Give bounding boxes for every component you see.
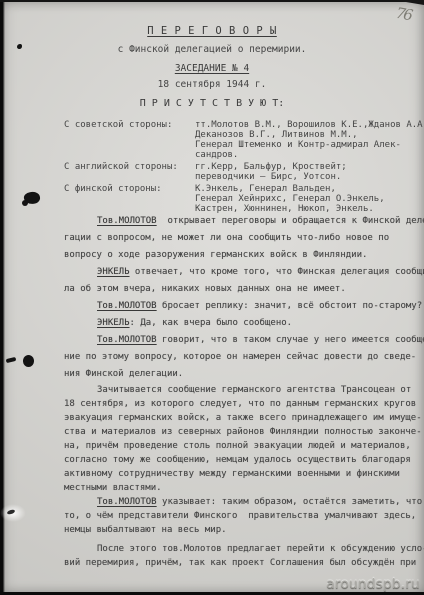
paragraph: Тов.МОЛОТОВ бросает реплику: значит, всё… [64, 298, 418, 315]
text-line: Тов.МОЛОТОВ говорит, что в таком случае … [64, 332, 418, 349]
scan-edge-top [0, 0, 424, 2]
speaker-name: ЭНКЕЛЬ [97, 267, 130, 277]
line-text: ния Финской делегации. [64, 369, 183, 379]
attendee-name-line: переводчики – Бирс, Уотсон. [195, 172, 424, 182]
line-text: местными властями. [64, 483, 162, 493]
paragraph: Зачитывается сообщение германского агент… [64, 383, 418, 495]
text-line: Зачитывается сообщение германского агент… [64, 383, 418, 397]
document-subtitle: с Финской делегацией о перемирии. [0, 44, 424, 55]
ink-dash [6, 357, 17, 363]
document-page: 76 П Е Р Е Г О В О Р Ы с Финской делегац… [0, 0, 424, 595]
paragraph: После этого тов.Молотов предлагает перей… [64, 542, 418, 570]
speaker-name: Тов.МОЛОТОВ [97, 497, 157, 507]
attendee-names: К.Энкель, Генерал Вальден,Генерал Хейнри… [195, 184, 424, 214]
speaker-name: ЭНКЕЛЬ [97, 318, 130, 328]
line-text: После этого тов.Молотов предлагает перей… [97, 544, 424, 554]
text-line: местными властями. [64, 481, 418, 495]
text-line: вий перемирия, причём, так как проект Со… [64, 556, 418, 570]
paragraph: Тов.МОЛОТОВ открывает переговоры и обращ… [64, 213, 418, 264]
attendee-name-line: тт.Молотов В.М., Ворошилов К.Е.,Жданов А… [195, 120, 424, 130]
line-text: : Да, как вчера было сообщено. [130, 318, 293, 328]
line-text: открывает переговоры и обращается к Финс… [157, 216, 424, 226]
speaker-name: Тов.МОЛОТОВ [97, 335, 157, 345]
present-heading: П Р И С У Т С Т В У Ю Т: [0, 98, 424, 109]
text-line: активному сотрудничеству между германски… [64, 467, 418, 481]
attendee-names: гг.Керр, Бальфур, Кроствейт;переводчики … [195, 162, 424, 182]
attendee-names: тт.Молотов В.М., Ворошилов К.Е.,Жданов А… [195, 120, 424, 160]
document-title: П Е Р Е Г О В О Р Ы [0, 25, 424, 37]
line-text: 18 сентября, из которого следует, что по… [64, 399, 416, 409]
text-line: ЭНКЕЛЬ отвечает, что кроме того, что Фин… [64, 264, 418, 281]
text-line: Тов.МОЛОТОВ бросает реплику: значит, всё… [64, 298, 418, 315]
session-heading: ЗАСЕДАНИЕ № 4 [0, 63, 424, 74]
attendee-name-line: Деканозов В.Г., Литвинов М.М., [195, 130, 424, 140]
paragraph: ЭНКЕЛЬ: Да, как вчера было сообщено. [64, 315, 418, 332]
attendee-name-line: Генерал Штеменко и Контр-адмирал Алек- [195, 140, 424, 150]
attendees-list: С советской стороны:тт.Молотов В.М., Вор… [64, 120, 424, 216]
paragraph: Тов.МОЛОТОВ указывает: таким образом, ос… [64, 495, 418, 537]
line-text: активному сотрудничеству между германски… [64, 469, 400, 479]
ink-blot-tail [22, 200, 28, 206]
handwritten-page-number: 76 [394, 4, 412, 24]
watermark: aroundspb.ru [326, 576, 420, 592]
attendee-side-label: С английской стороны: [64, 162, 195, 182]
attendee-row: С советской стороны:тт.Молотов В.М., Вор… [64, 120, 424, 160]
attendee-side-label: С советской стороны: [64, 120, 195, 160]
text-line: После этого тов.Молотов предлагает перей… [64, 542, 418, 556]
attendee-row: С финской стороны:К.Энкель, Генерал Валь… [64, 184, 424, 214]
text-line: ства и материалов из северных районов Фи… [64, 425, 418, 439]
text-line: гации с вопросом, не может ли она сообщи… [64, 230, 418, 247]
document-body: Тов.МОЛОТОВ открывает переговоры и обращ… [64, 213, 418, 570]
text-line: вопросу о ходе разоружения германских во… [64, 247, 418, 264]
line-text: ние по этому вопросу, которое он намерен… [64, 352, 416, 362]
speaker-name: Тов.МОЛОТОВ [97, 301, 157, 311]
line-text: гации с вопросом, не может ли она сообщи… [64, 233, 389, 243]
line-text: указывает: таким образом, остаётся замет… [157, 497, 423, 507]
line-text: эвакуация германских войск, а также всег… [64, 413, 422, 423]
session-date: 18 сентября 1944 г. [0, 79, 424, 90]
attendee-name-line: сандров. [195, 150, 424, 160]
line-text: говорит, что в таком случае у него имеет… [157, 335, 424, 345]
text-line: эвакуация германских войск, а также всег… [64, 411, 418, 425]
line-text: Зачитывается сообщение германского агент… [97, 385, 411, 395]
attendee-name-line: гг.Керр, Бальфур, Кроствейт; [195, 162, 424, 172]
text-line: немцы выбалтывают на весь мир. [64, 523, 418, 537]
text-line: на, причём проведение столь полной эваку… [64, 439, 418, 453]
line-text: отвечает, что кроме того, что Финская де… [130, 267, 424, 277]
attendee-side-label: С финской стороны: [64, 184, 195, 214]
text-line: ние по этому вопросу, которое он намерен… [64, 349, 418, 366]
speaker-name: Тов.МОЛОТОВ [97, 216, 157, 226]
text-line: ния Финской делегации. [64, 366, 418, 383]
line-text: ла об этом вчера, никаких новых данных о… [64, 284, 346, 294]
ink-dot [23, 355, 34, 367]
attendee-name-line: К.Энкель, Генерал Вальден, [195, 184, 424, 194]
line-text: бросает реплику: значит, всё обстоит по-… [157, 301, 423, 311]
line-text: вопросу о ходе разоружения германских во… [64, 250, 367, 260]
text-line: ЭНКЕЛЬ: Да, как вчера было сообщено. [64, 315, 418, 332]
text-line: Тов.МОЛОТОВ указывает: таким образом, ос… [64, 495, 418, 509]
text-line: 18 сентября, из которого следует, что по… [64, 397, 418, 411]
text-line: согласно тому же сообщению, немцам удало… [64, 453, 418, 467]
text-line: Тов.МОЛОТОВ открывает переговоры и обращ… [64, 213, 418, 230]
line-text: ства и материалов из северных районов Фи… [64, 427, 422, 437]
attendee-row: С английской стороны:гг.Керр, Бальфур, К… [64, 162, 424, 182]
line-text: согласно тому же сообщению, немцам удало… [64, 455, 411, 465]
paragraph: Тов.МОЛОТОВ говорит, что в таком случае … [64, 332, 418, 383]
text-line: ла об этом вчера, никаких новых данных о… [64, 281, 418, 298]
line-text: на, причём проведение столь полной эваку… [64, 441, 411, 451]
text-line: то, о чём представители Финского правите… [64, 509, 418, 523]
paragraph: ЭНКЕЛЬ отвечает, что кроме того, что Фин… [64, 264, 418, 298]
attendee-name-line: Генерал Хейнрихс, Генерал О.Энкель, [195, 194, 424, 204]
line-text: немцы выбалтывают на весь мир. [64, 525, 227, 535]
line-text: вий перемирия, причём, так как проект Со… [64, 558, 416, 568]
line-text: то, о чём представители Финского правите… [64, 511, 416, 521]
